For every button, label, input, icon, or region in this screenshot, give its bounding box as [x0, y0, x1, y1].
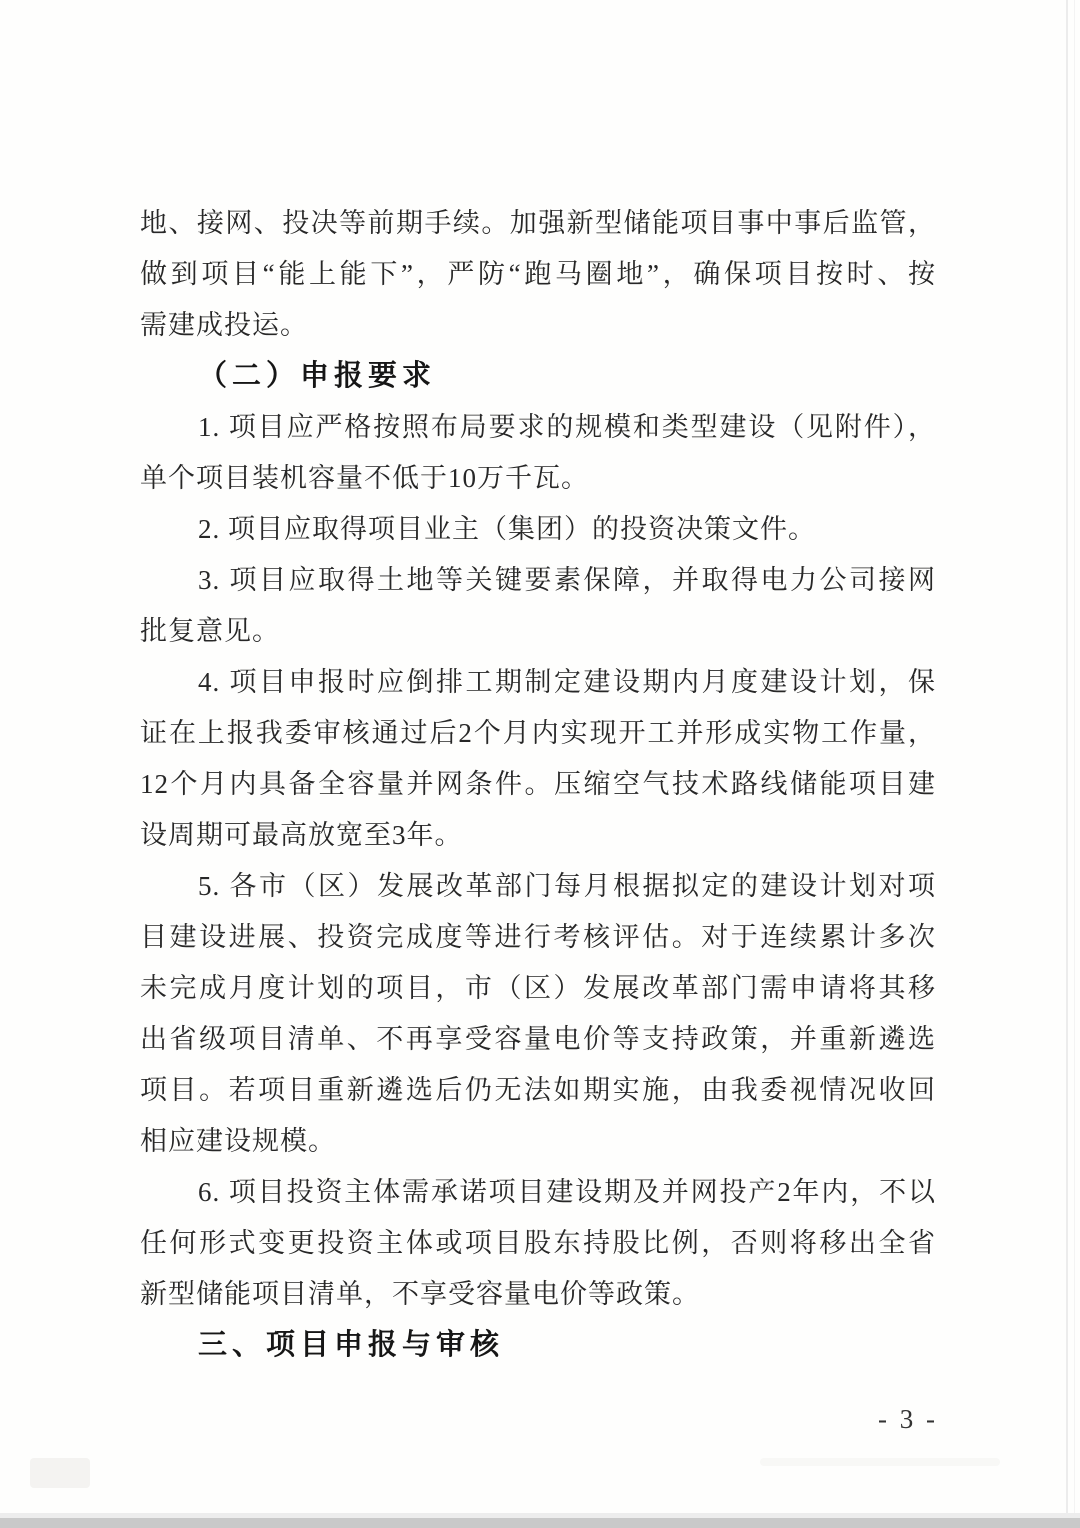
page-number: - 3 -: [878, 1404, 938, 1435]
scan-edge-line: [1074, 0, 1075, 1528]
text-line: 批复意见。: [140, 606, 936, 657]
text-line: 5. 各市（区）发展改革部门每月根据拟定的建设计划对项: [140, 861, 936, 912]
paragraph-continuation: 地、接网、投决等前期手续。加强新型储能项目事中事后监管，做到项目“能上能下”，严…: [140, 198, 936, 351]
item-1: 1. 项目应严格按照布局要求的规模和类型建设（见附件），单个项目装机容量不低于1…: [140, 402, 936, 504]
item-2: 2. 项目应取得项目业主（集团）的投资决策文件。: [140, 504, 936, 555]
text-line: 出省级项目清单、不再享受容量电价等支持政策，并重新遴选: [140, 1014, 936, 1065]
document-body: 地、接网、投决等前期手续。加强新型储能项目事中事后监管，做到项目“能上能下”，严…: [140, 198, 936, 1371]
item-5: 5. 各市（区）发展改革部门每月根据拟定的建设计划对项目建设进展、投资完成度等进…: [140, 861, 936, 1167]
text-line: 项目。若项目重新遴选后仍无法如期实施，由我委视情况收回: [140, 1065, 936, 1116]
text-line: 6. 项目投资主体需承诺项目建设期及并网投产2年内，不以: [140, 1167, 936, 1218]
section-heading-3: 三、项目申报与审核: [140, 1320, 936, 1371]
item-4: 4. 项目申报时应倒排工期制定建设期内月度建设计划，保证在上报我委审核通过后2个…: [140, 657, 936, 861]
text-line: 设周期可最高放宽至3年。: [140, 810, 936, 861]
document-page: 地、接网、投决等前期手续。加强新型储能项目事中事后监管，做到项目“能上能下”，严…: [0, 0, 1080, 1528]
text-line: 需建成投运。: [140, 300, 936, 351]
item-3: 3. 项目应取得土地等关键要素保障，并取得电力公司接网批复意见。: [140, 555, 936, 657]
text-line: 4. 项目申报时应倒排工期制定建设期内月度建设计划，保: [140, 657, 936, 708]
text-line: 目建设进展、投资完成度等进行考核评估。对于连续累计多次: [140, 912, 936, 963]
text-line: 3. 项目应取得土地等关键要素保障，并取得电力公司接网: [140, 555, 936, 606]
text-line: 任何形式变更投资主体或项目股东持股比例，否则将移出全省: [140, 1218, 936, 1269]
text-line: 证在上报我委审核通过后2个月内实现开工并形成实物工作量，: [140, 708, 936, 759]
text-line: 单个项目装机容量不低于10万千瓦。: [140, 453, 936, 504]
text-line: 地、接网、投决等前期手续。加强新型储能项目事中事后监管，: [140, 198, 936, 249]
text-line: 未完成月度计划的项目，市（区）发展改革部门需申请将其移: [140, 963, 936, 1014]
text-line: 新型储能项目清单，不享受容量电价等政策。: [140, 1269, 936, 1320]
scan-smudge: [760, 1458, 1000, 1466]
scan-bottom-bar: [0, 1518, 1080, 1528]
text-line: 12个月内具备全容量并网条件。压缩空气技术路线储能项目建: [140, 759, 936, 810]
item-6: 6. 项目投资主体需承诺项目建设期及并网投产2年内，不以任何形式变更投资主体或项…: [140, 1167, 936, 1320]
text-line: 相应建设规模。: [140, 1116, 936, 1167]
scan-smudge: [30, 1458, 90, 1488]
text-line: 2. 项目应取得项目业主（集团）的投资决策文件。: [140, 504, 936, 555]
text-line: 三、项目申报与审核: [140, 1320, 936, 1371]
text-line: 做到项目“能上能下”，严防“跑马圈地”，确保项目按时、按: [140, 249, 936, 300]
section-heading-2: （二）申报要求: [140, 351, 936, 402]
text-line: （二）申报要求: [140, 351, 936, 402]
scan-edge-line: [1066, 0, 1068, 1528]
text-line: 1. 项目应严格按照布局要求的规模和类型建设（见附件），: [140, 402, 936, 453]
